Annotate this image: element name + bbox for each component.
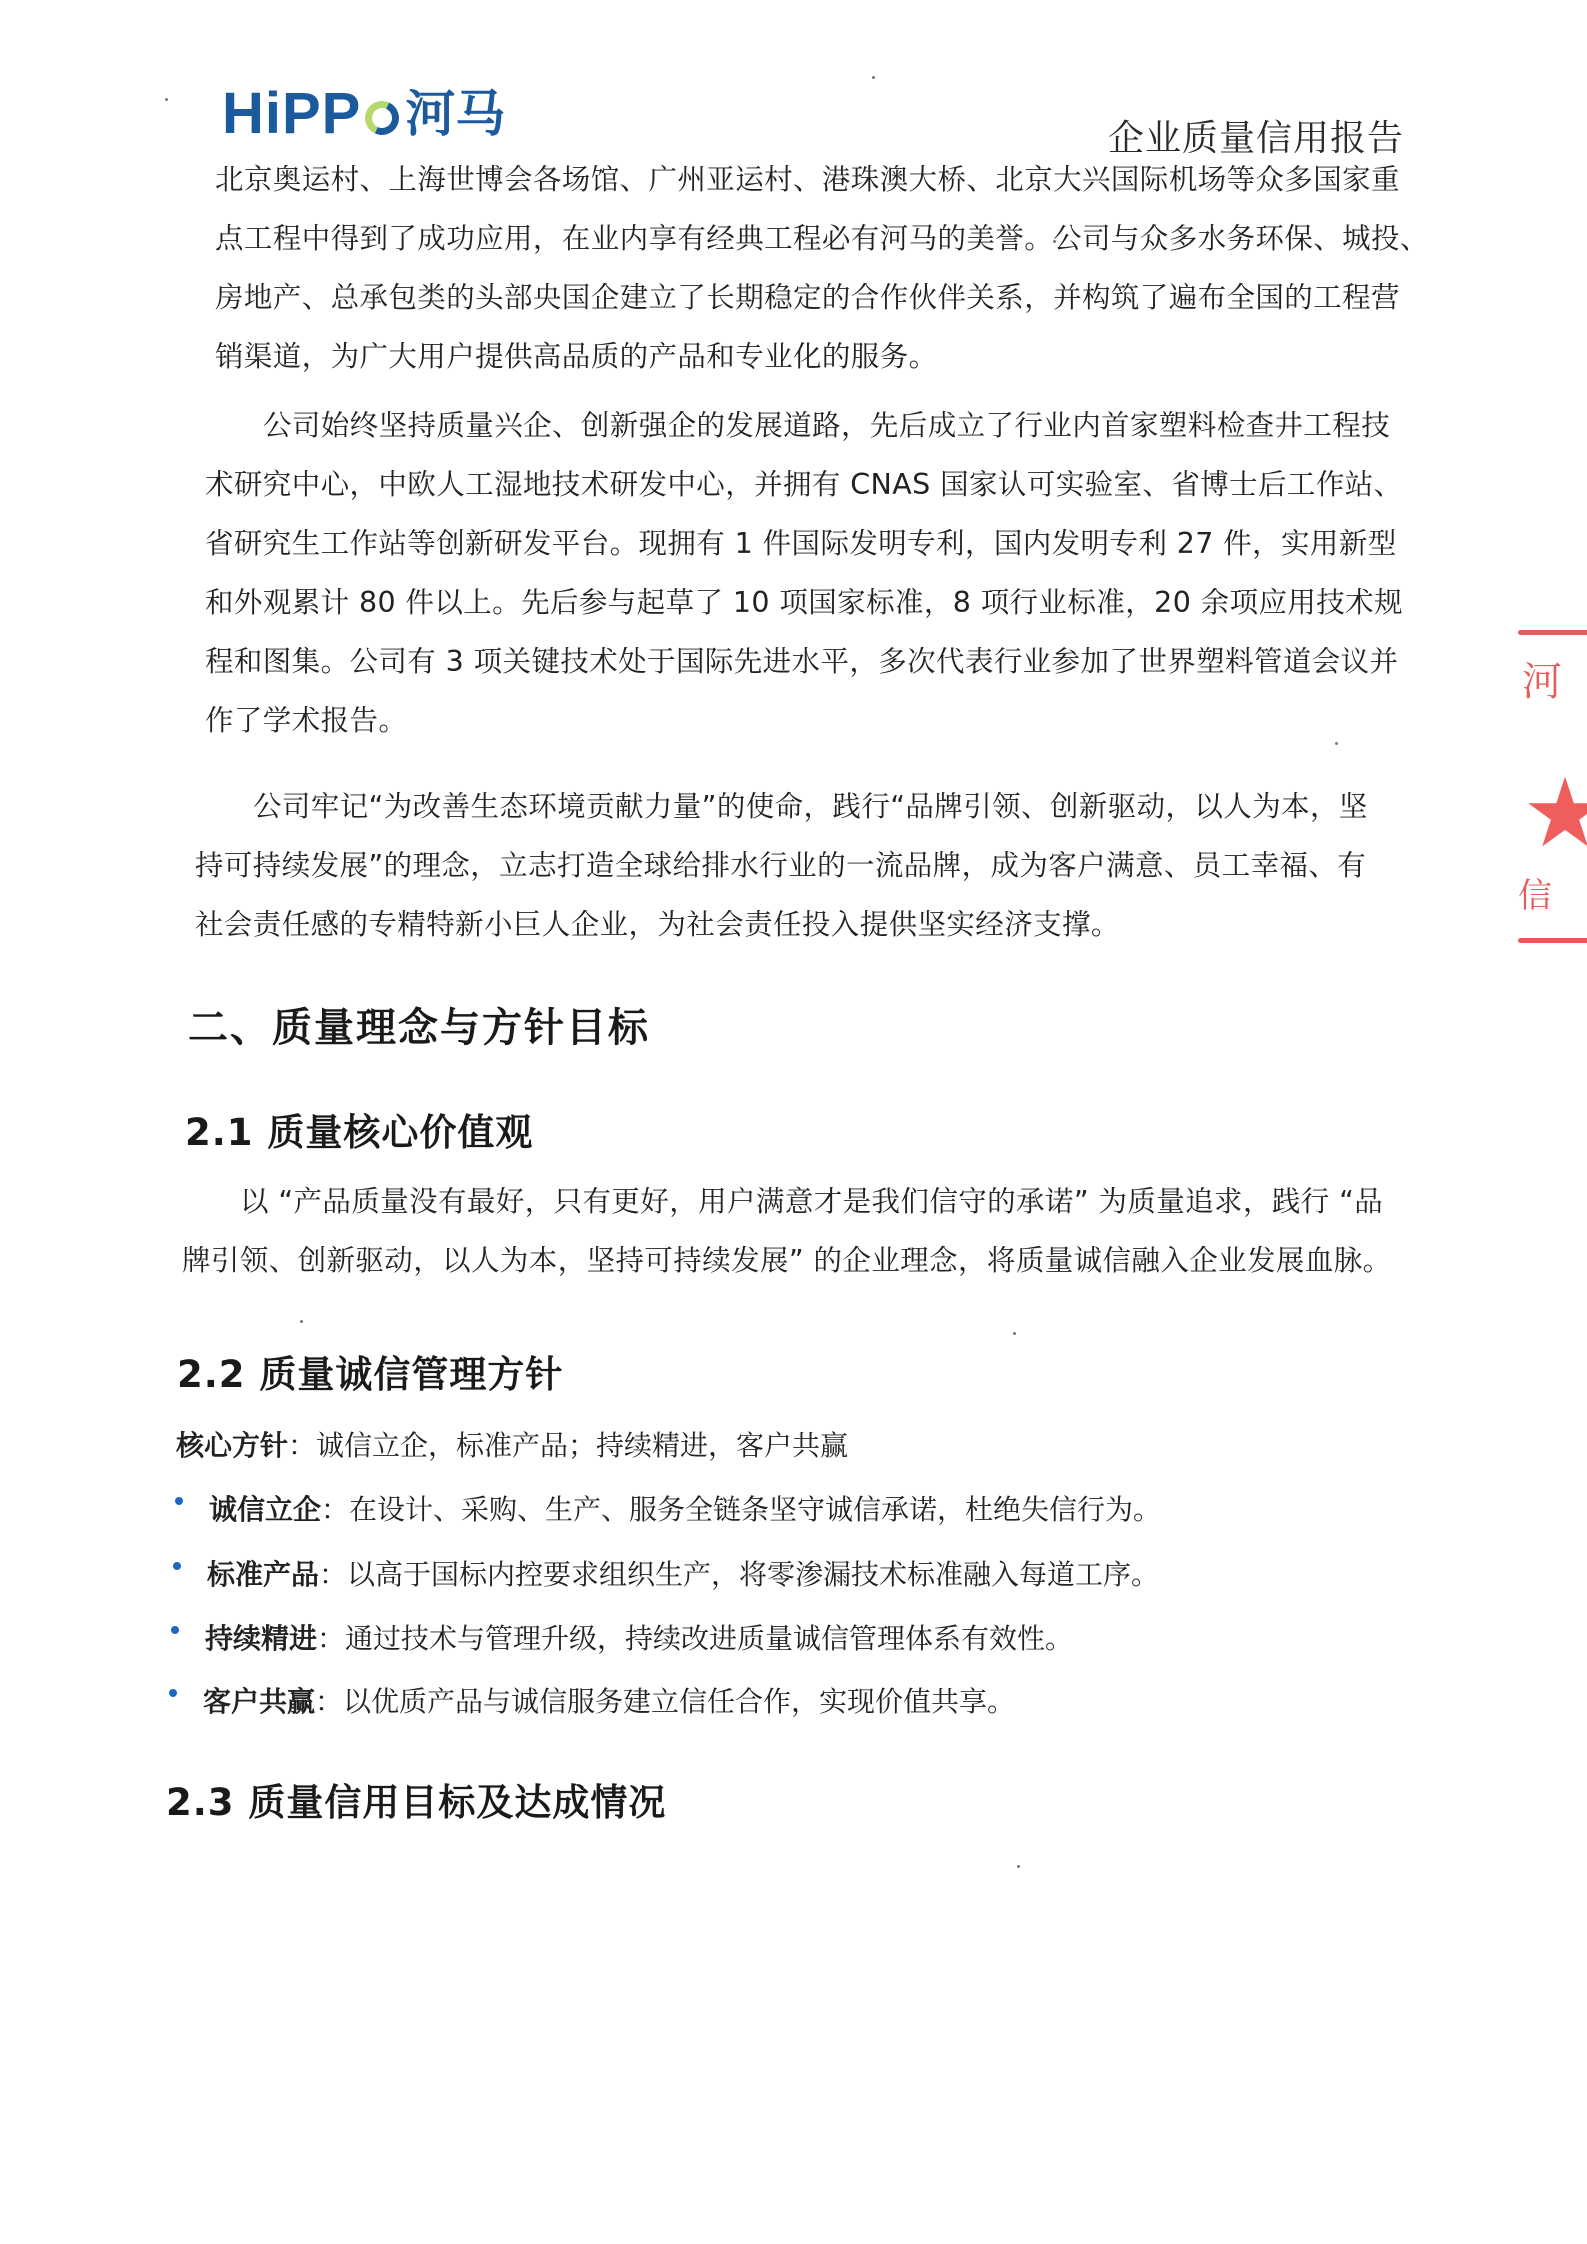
core-policy: 核心方针：诚信立企，标准产品；持续精进，客户共赢 bbox=[176, 1424, 848, 1464]
bullet-text: ：以优质产品与诚信服务建立信任合作，实现价值共享。 bbox=[315, 1680, 1015, 1720]
text-line: 公司牢记“为改善生态环境贡献力量”的使命，践行“品牌引领、创新驱动，以人为本，坚 bbox=[195, 777, 1368, 836]
bullet-text: ：通过技术与管理升级，持续改进质量诚信管理体系有效性。 bbox=[317, 1617, 1073, 1657]
text-line: 和外观累计 80 件以上。先后参与起草了 10 项国家标准，8 项行业标准，20… bbox=[205, 573, 1403, 632]
text-line: 牌引领、创新驱动，以人为本，坚持可持续发展” 的企业理念，将质量诚信融入企业发展… bbox=[182, 1231, 1392, 1290]
scan-speck bbox=[1053, 240, 1056, 243]
bullet-dot-icon bbox=[173, 1562, 181, 1570]
mission-paragraph: 公司牢记“为改善生态环境贡献力量”的使命，践行“品牌引领、创新驱动，以人为本，坚… bbox=[195, 777, 1368, 954]
text-line: 作了学术报告。 bbox=[205, 691, 1403, 750]
subsection-heading-2-3: 2.3 质量信用目标及达成情况 bbox=[166, 1772, 666, 1826]
scan-speck bbox=[165, 98, 168, 101]
scan-speck bbox=[405, 1436, 408, 1439]
bullet-term: 诚信立企 bbox=[209, 1488, 321, 1528]
text-line: 销渠道，为广大用户提供高品质的产品和专业化的服务。 bbox=[215, 327, 1429, 386]
bullet-term: 标准产品 bbox=[207, 1553, 319, 1593]
subsection-heading-2-2: 2.2 质量诚信管理方针 bbox=[177, 1344, 563, 1398]
company-seal-stamp: 河 ★ 信 bbox=[1518, 628, 1587, 948]
document-page: HiPP 河马 企业质量信用报告 北京奥运村、上海世博会各场馆、广州亚运村、港珠… bbox=[0, 0, 1587, 2244]
bullet-dot-icon bbox=[175, 1497, 183, 1505]
logo-ring-icon bbox=[361, 96, 405, 140]
text-line: 北京奥运村、上海世博会各场馆、广州亚运村、港珠澳大桥、北京大兴国际机场等众多国家… bbox=[215, 150, 1429, 209]
logo-chinese-name: 河马 bbox=[405, 84, 505, 144]
subsection-heading-2-1: 2.1 质量核心价值观 bbox=[185, 1102, 533, 1156]
text-line: 点工程中得到了成功应用，在业内享有经典工程必有河马的美誉。公司与众多水务环保、城… bbox=[215, 209, 1429, 268]
core-policy-value: ：诚信立企，标准产品；持续精进，客户共赢 bbox=[288, 1429, 848, 1462]
bullet-dot-icon bbox=[169, 1689, 177, 1697]
core-values-paragraph: 以 “产品质量没有最好，只有更好，用户满意才是我们信守的承诺” 为质量追求，践行… bbox=[182, 1172, 1392, 1290]
text-line: 省研究生工作站等创新研发平台。现拥有 1 件国际发明专利，国内发明专利 27 件… bbox=[205, 514, 1403, 573]
stamp-char-bottom: 信 bbox=[1518, 868, 1552, 917]
bullet-text: ：在设计、采购、生产、服务全链条坚守诚信承诺，杜绝失信行为。 bbox=[321, 1488, 1161, 1528]
policy-bullet: 标准产品：以高于国标内控要求组织生产，将零渗漏技术标准融入每道工序。 bbox=[173, 1553, 1159, 1593]
scan-speck bbox=[1017, 1865, 1020, 1868]
bullet-dot-icon bbox=[171, 1626, 179, 1634]
star-icon: ★ bbox=[1522, 763, 1587, 863]
innovation-paragraph: 公司始终坚持质量兴企、创新强企的发展道路，先后成立了行业内首家塑料检查井工程技 … bbox=[205, 396, 1403, 750]
bullet-text: ：以高于国标内控要求组织生产，将零渗漏技术标准融入每道工序。 bbox=[319, 1553, 1159, 1593]
policy-bullet: 客户共赢：以优质产品与诚信服务建立信任合作，实现价值共享。 bbox=[169, 1680, 1015, 1720]
scan-speck bbox=[300, 1320, 303, 1323]
intro-paragraph: 北京奥运村、上海世博会各场馆、广州亚运村、港珠澳大桥、北京大兴国际机场等众多国家… bbox=[215, 150, 1429, 386]
scan-speck bbox=[1013, 1332, 1016, 1335]
bullet-term: 客户共赢 bbox=[203, 1680, 315, 1720]
text-line: 术研究中心，中欧人工湿地技术研发中心，并拥有 CNAS 国家认可实验室、省博士后… bbox=[205, 455, 1403, 514]
text-line: 公司始终坚持质量兴企、创新强企的发展道路，先后成立了行业内首家塑料检查井工程技 bbox=[205, 396, 1403, 455]
policy-bullet: 诚信立企：在设计、采购、生产、服务全链条坚守诚信承诺，杜绝失信行为。 bbox=[175, 1488, 1161, 1528]
text-line: 房地产、总承包类的头部央国企建立了长期稳定的合作伙伴关系，并构筑了遍布全国的工程… bbox=[215, 268, 1429, 327]
core-policy-label: 核心方针 bbox=[176, 1429, 288, 1462]
text-line: 社会责任感的专精特新小巨人企业，为社会责任投入提供坚实经济支撑。 bbox=[195, 895, 1368, 954]
bullet-term: 持续精进 bbox=[205, 1617, 317, 1657]
policy-bullet: 持续精进：通过技术与管理升级，持续改进质量诚信管理体系有效性。 bbox=[171, 1617, 1073, 1657]
section-heading: 二、质量理念与方针目标 bbox=[188, 996, 650, 1053]
hippo-logo: HiPP 河马 bbox=[222, 84, 505, 144]
text-line: 以 “产品质量没有最好，只有更好，用户满意才是我们信守的承诺” 为质量追求，践行… bbox=[182, 1172, 1392, 1231]
text-line: 程和图集。公司有 3 项关键技术处于国际先进水平，多次代表行业参加了世界塑料管道… bbox=[205, 632, 1403, 691]
logo-text: HiPP bbox=[222, 84, 361, 144]
scan-speck bbox=[1335, 742, 1338, 745]
stamp-border-bottom bbox=[1518, 938, 1587, 943]
stamp-char-top: 河 bbox=[1522, 650, 1562, 707]
stamp-border-top bbox=[1518, 630, 1587, 635]
text-line: 持可持续发展”的理念，立志打造全球给排水行业的一流品牌，成为客户满意、员工幸福、… bbox=[195, 836, 1368, 895]
scan-speck bbox=[872, 76, 875, 79]
